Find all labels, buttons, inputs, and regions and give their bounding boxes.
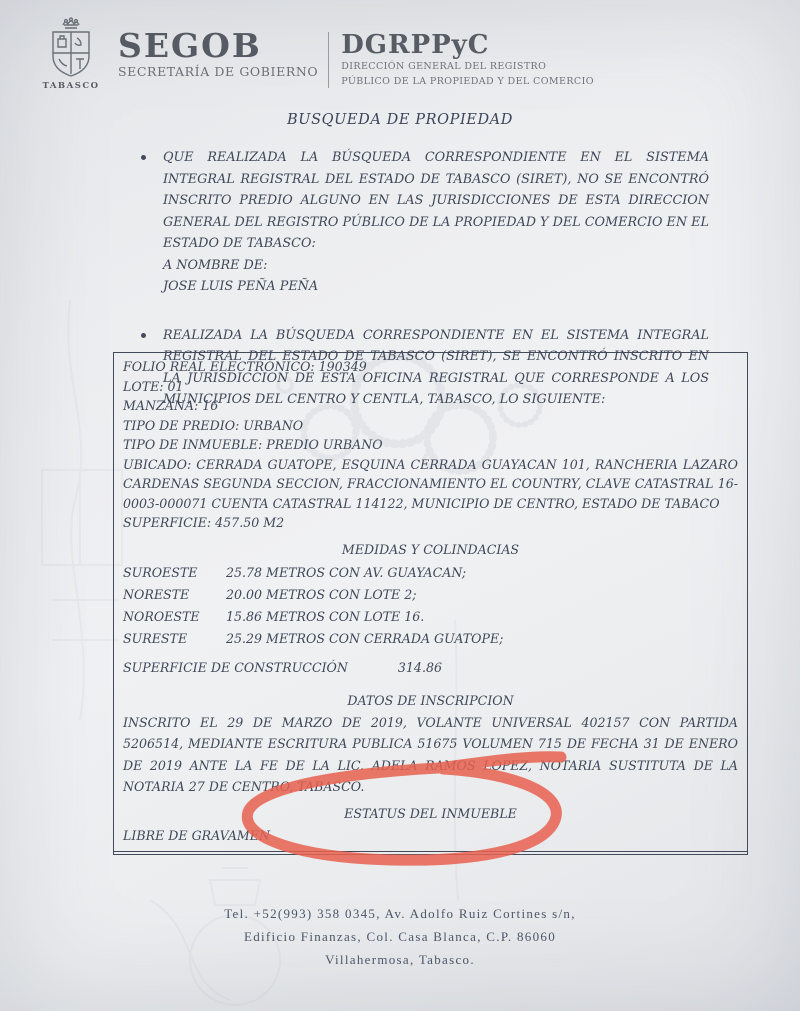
titulares-row: TITULARES: PROPIETARIO:NORMA ROCIO NAHLE… [114, 851, 747, 856]
bullet-icon [141, 333, 146, 338]
lote: LOTE: 01 [123, 377, 738, 397]
estatus-value: LIBRE DE GRAVAMEN [123, 825, 738, 846]
footer-line: Tel. +52(993) 358 0345, Av. Adolfo Ruiz … [0, 902, 800, 925]
superficie-construccion-row: SUPERFICIE DE CONSTRUCCIÓN314.86 [123, 657, 738, 679]
direction-value: 25.78 METROS CON AV. GUAYACAN; [226, 562, 738, 584]
direction-label: NORESTE [123, 584, 226, 606]
medidas-table: SUROESTE 25.78 METROS CON AV. GUAYACAN; … [123, 562, 738, 650]
footer-line: Villahermosa, Tabasco. [0, 948, 800, 971]
superficie-construccion-label: SUPERFICIE DE CONSTRUCCIÓN [123, 660, 348, 675]
ubicacion: UBICADO: CERRADA GUATOPE, ESQUINA CERRAD… [123, 455, 738, 514]
direction-label: SURESTE [123, 628, 226, 650]
letterhead: TABASCO SEGOB SECRETARÍA DE GOBIERNO DGR… [34, 16, 594, 91]
tabasco-label: TABASCO [34, 81, 108, 91]
a-nombre-de-label: A NOMBRE DE: [163, 255, 709, 277]
estatus-heading: ESTATUS DEL INMUEBLE [123, 803, 738, 825]
superficie-construccion-value: 314.86 [398, 660, 442, 675]
footer-line: Edificio Finanzas, Col. Casa Blanca, C.P… [0, 925, 800, 948]
list-item: QUE REALIZADA LA BÚSQUEDA CORRESPONDIENT… [122, 147, 709, 298]
dgrppyc-subtitle-line2: PÚBLICO DE LA PROPIEDAD Y DEL COMERCIO [341, 76, 594, 88]
medidas-heading: MEDIDAS Y COLINDACIAS [123, 539, 738, 560]
direction-label: SUROESTE [123, 562, 226, 584]
scanned-document-page: TABASCO SEGOB SECRETARÍA DE GOBIERNO DGR… [0, 0, 800, 1011]
inscripcion-text: INSCRITO EL 29 DE MARZO DE 2019, VOLANTE… [123, 712, 738, 798]
direction-value: 20.00 METROS CON LOTE 2; [226, 584, 738, 606]
first-finding-text: QUE REALIZADA LA BÚSQUEDA CORRESPONDIENT… [163, 147, 709, 255]
superficie: SUPERFICIE: 457.50 M2 [123, 513, 738, 533]
segob-title: SEGOB [118, 30, 318, 62]
tabasco-logo: TABASCO [34, 16, 108, 91]
property-record-box: FOLIO REAL ELECTRÓNICO: 190349 LOTE: 01 … [113, 352, 748, 855]
dgrppyc-block: DGRPPyC DIRECCIÓN GENERAL DEL REGISTRO P… [341, 32, 594, 88]
dgrppyc-subtitle-line1: DIRECCIÓN GENERAL DEL REGISTRO [341, 61, 594, 73]
header-divider [328, 32, 329, 88]
folio-real: FOLIO REAL ELECTRÓNICO: 190349 [123, 357, 738, 377]
manzana: MANZANA: 16 [123, 396, 738, 416]
dgrppyc-title: DGRPPyC [341, 32, 594, 58]
tipo-de-predio: TIPO DE PREDIO: URBANO [123, 416, 738, 436]
direction-value: 25.29 METROS CON CERRADA GUATOPE; [226, 628, 738, 650]
direction-value: 15.86 METROS CON LOTE 16. [226, 606, 738, 628]
footer-contact: Tel. +52(993) 358 0345, Av. Adolfo Ruiz … [0, 902, 800, 971]
direction-label: NOROESTE [123, 606, 226, 628]
searched-person-name: JOSE LUIS PEÑA PEÑA [163, 276, 709, 298]
segob-block: SEGOB SECRETARÍA DE GOBIERNO [118, 30, 318, 79]
tabasco-coat-of-arms-icon [44, 16, 98, 80]
bullet-icon [141, 155, 146, 160]
inscripcion-heading: DATOS DE INSCRIPCION [123, 690, 738, 712]
document-title: BUSQUEDA DE PROPIEDAD [0, 112, 800, 128]
segob-subtitle: SECRETARÍA DE GOBIERNO [118, 64, 318, 79]
tipo-de-inmueble: TIPO DE INMUEBLE: PREDIO URBANO [123, 435, 738, 455]
